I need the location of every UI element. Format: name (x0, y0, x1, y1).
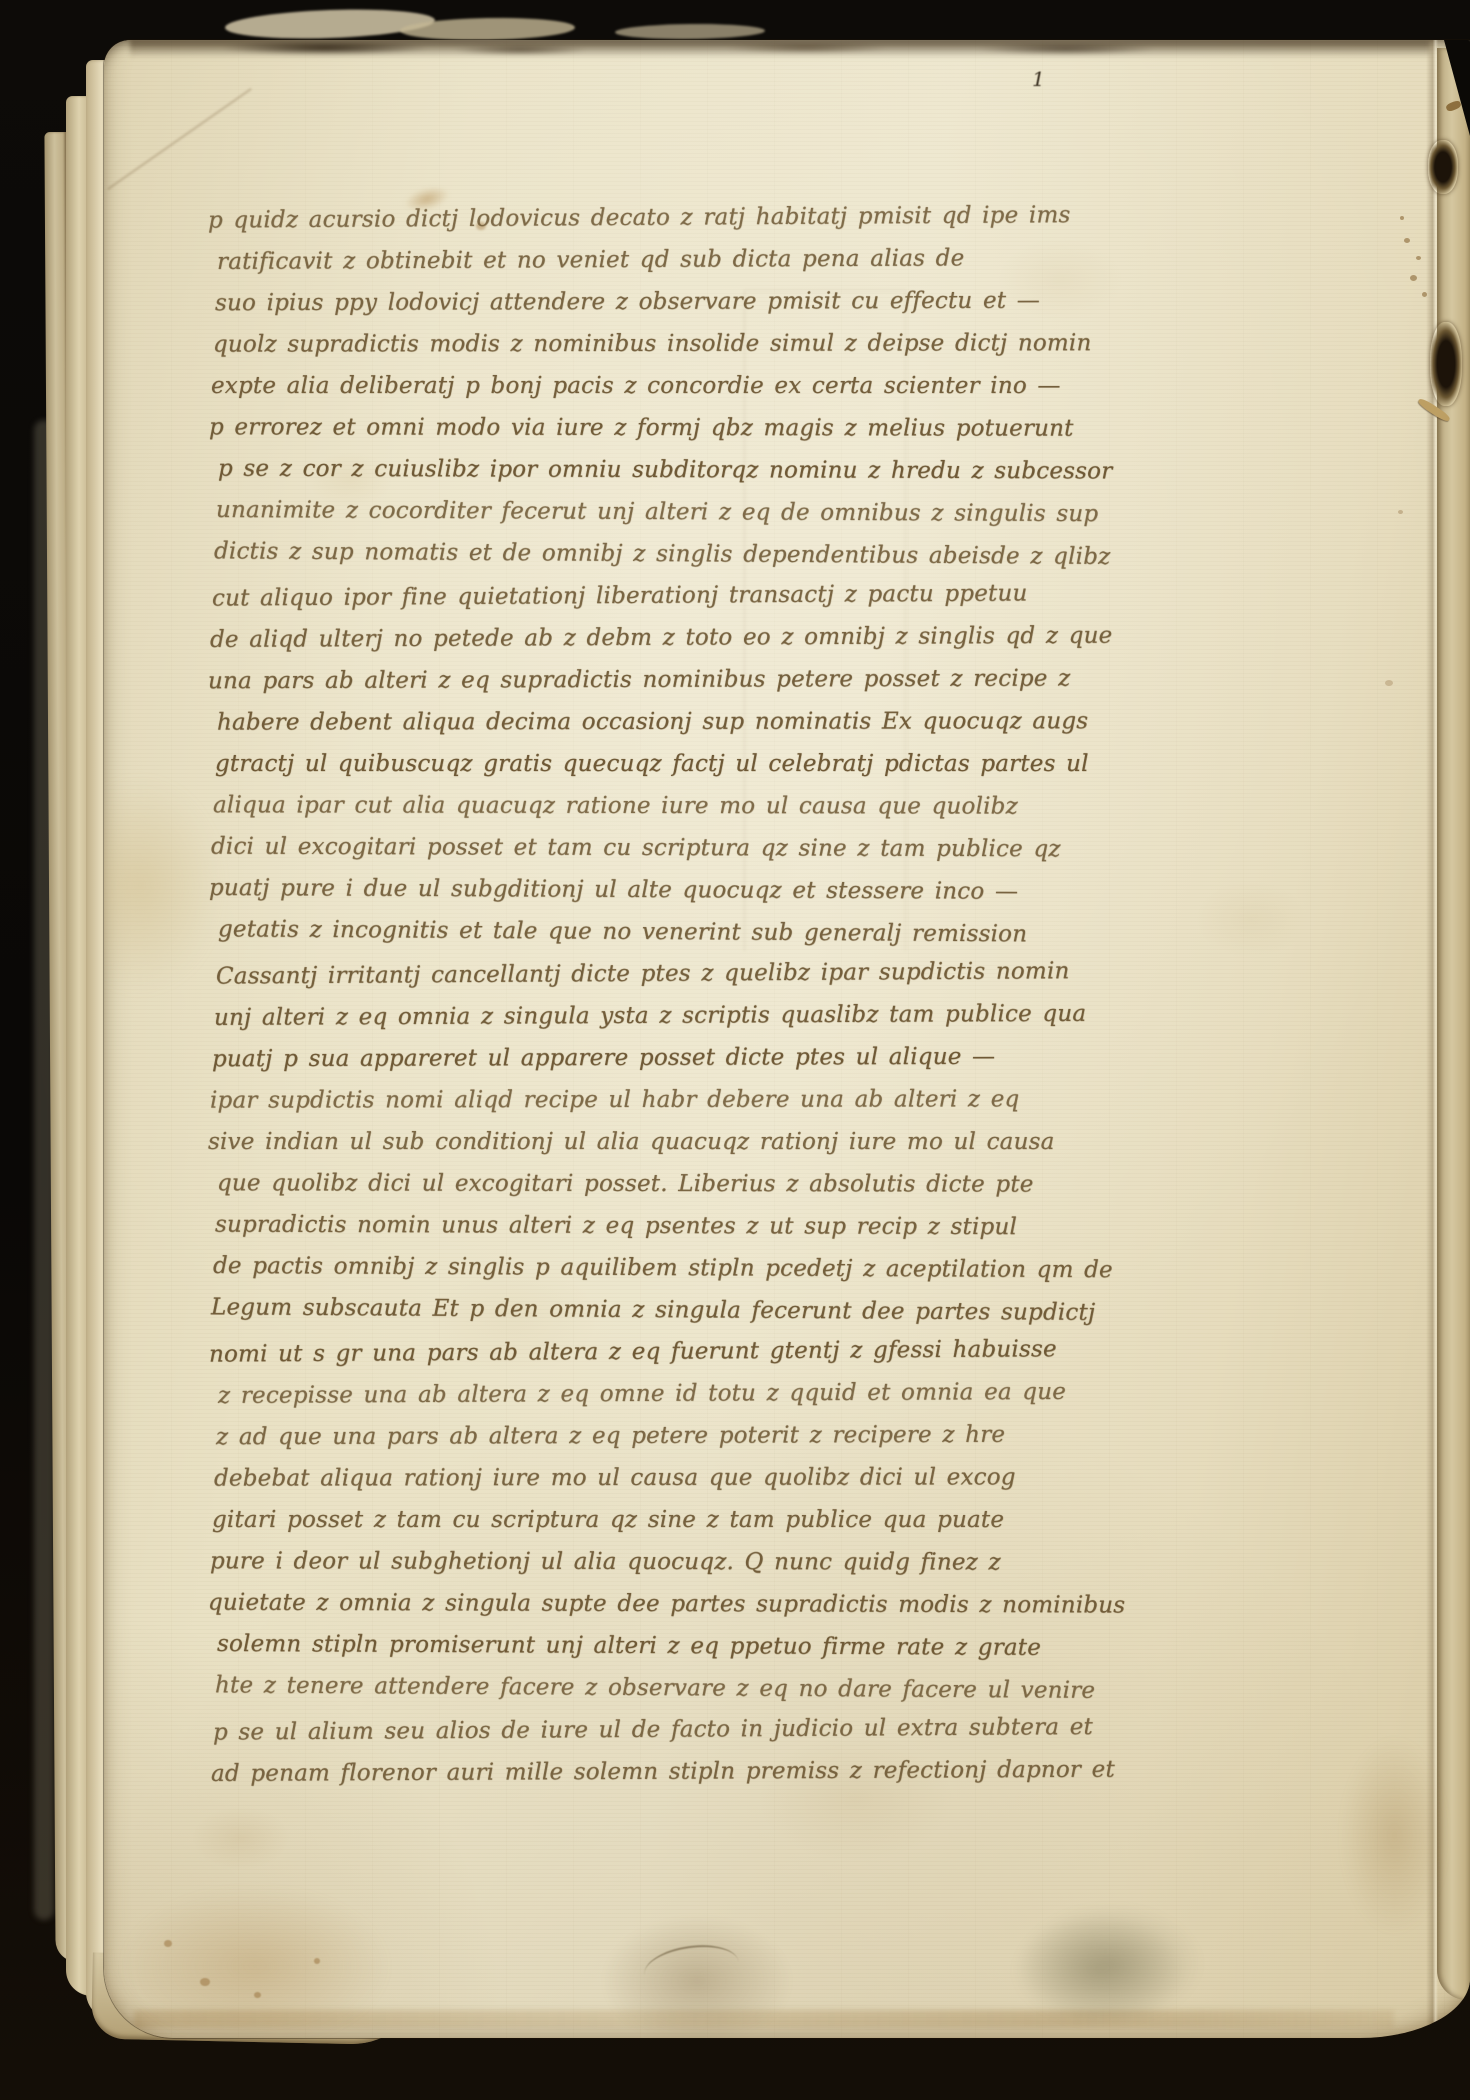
manuscript-line: p errorez et omni modo via iure z formj … (209, 406, 1049, 449)
manuscript-line: Legum subscauta Et p den omnia z singula… (211, 1286, 1051, 1333)
manuscript-line: aliqua ipar cut alia quacuqz ratione iur… (213, 784, 1053, 827)
manuscript-line: gitari posset z tam cu scriptura qz sine… (212, 1499, 1052, 1541)
stain (104, 780, 220, 990)
manuscript-line: cut aliquo ipor fine quietationj liberat… (212, 572, 1052, 619)
manuscript-line: supradictis nomin unus alteri z eq psent… (215, 1204, 1055, 1249)
manuscript-line: Cassantj irritantj cancellantj dicte pte… (216, 950, 1056, 997)
manuscript-line: p se ul alium seu alios de iure ul de fa… (213, 1706, 1053, 1753)
mold-stain (984, 1896, 1214, 2038)
manuscript-line: sive indian ul sub conditionj ul alia qu… (208, 1121, 1048, 1163)
ink-speck (1400, 216, 1404, 220)
manuscript-line: getatis z incognitis et tale que no vene… (218, 908, 1058, 955)
sewing-hole (1430, 322, 1462, 406)
stain (134, 2010, 1394, 2028)
manuscript-line: habere debent aliqua decima occasionj su… (217, 700, 1057, 743)
manuscript-line: ipar supdictis nomi aliqd recipe ul habr… (210, 1078, 1050, 1121)
manuscript-line: p se z cor z cuiuslibz ipor omniu subdit… (218, 448, 1058, 493)
manuscript-line: una pars ab alteri z eq supradictis nomi… (208, 658, 1048, 703)
corner-fold-crease (107, 88, 251, 190)
ink-speck (1422, 292, 1427, 297)
manuscript-line: p quidz acursio dictj lodovicus decato z… (208, 194, 1048, 241)
page-edge-wisp (225, 6, 436, 41)
manuscript-page: 1 p quidz acursio dictj lodovicus decato… (104, 40, 1470, 2038)
manuscript-line: pure i deor ul subghetionj ul alia quocu… (210, 1540, 1050, 1583)
pencil-scribble (641, 1940, 741, 1997)
folio-number: 1 (1032, 64, 1056, 94)
manuscript-text: p quidz acursio dictj lodovicus decato z… (212, 197, 1052, 1793)
manuscript-line: puatj p sua appareret ul apparere posset… (212, 1036, 1052, 1081)
page-edge-wisp (615, 23, 765, 40)
stain (120, 1886, 390, 2038)
photograph-backdrop: 1 p quidz acursio dictj lodovicus decato… (0, 0, 1470, 2100)
ink-speck (1416, 256, 1421, 260)
stain-freckle (200, 1978, 210, 1986)
manuscript-line: z recepisse una ab altera z eq omne id t… (218, 1371, 1058, 1417)
ink-speck (1398, 510, 1403, 514)
manuscript-line: unj alteri z eq omnia z singula ysta z s… (214, 993, 1054, 1039)
top-edge-smudge-stain (130, 40, 1430, 58)
manuscript-line: de aliqd ulterj no petede ab z debm z to… (210, 615, 1050, 661)
manuscript-line: debebat aliqua rationj iure mo ul causa … (214, 1456, 1054, 1499)
manuscript-line: que quolibz dici ul excogitari posset. L… (217, 1162, 1057, 1205)
ink-speck (1410, 275, 1417, 281)
stain-freckle (254, 1992, 261, 1998)
manuscript-line: ratificavit z obtinebit et no veniet qd … (217, 237, 1057, 283)
sewing-hole (1428, 140, 1458, 194)
manuscript-line: ad penam florenor auri mille solemn stip… (211, 1749, 1051, 1795)
manuscript-line: hte z tenere attendere facere z observar… (215, 1664, 1055, 1711)
manuscript-line: quietate z omnia z singula supte dee par… (208, 1582, 1048, 1627)
ink-speck (1404, 238, 1410, 243)
manuscript-line: de pactis omnibj z singlis p aquilibem s… (213, 1245, 1053, 1291)
manuscript-line: z ad que una pars ab altera z eq petere … (216, 1414, 1056, 1459)
manuscript-line: puatj pure i due ul subgditionj ul alte … (209, 867, 1049, 913)
manuscript-line: expte alia deliberatj p bonj pacis z con… (211, 365, 1051, 407)
manuscript-line: quolz supradictis modis z nominibus inso… (213, 322, 1053, 365)
ink-speck (1385, 680, 1393, 686)
manuscript-line: solemn stipln promiserunt unj alteri z e… (217, 1623, 1057, 1669)
stain-freckle (164, 1940, 172, 1947)
manuscript-line: unanimite z cocorditer fecerut unj alter… (216, 489, 1056, 535)
manuscript-line: dici ul excogitari posset et tam cu scri… (211, 826, 1051, 871)
stain-freckle (314, 1958, 320, 1964)
manuscript-line: gtractj ul quibuscuqz gratis quecuqz fac… (215, 743, 1055, 785)
manuscript-line: nomi ut s gr una pars ab altera z eq fue… (209, 1328, 1049, 1375)
manuscript-line: dictis z sup nomatis et de omnibj z sing… (214, 530, 1054, 577)
manuscript-line: suo ipius ppy lodovicj attendere z obser… (215, 280, 1055, 325)
